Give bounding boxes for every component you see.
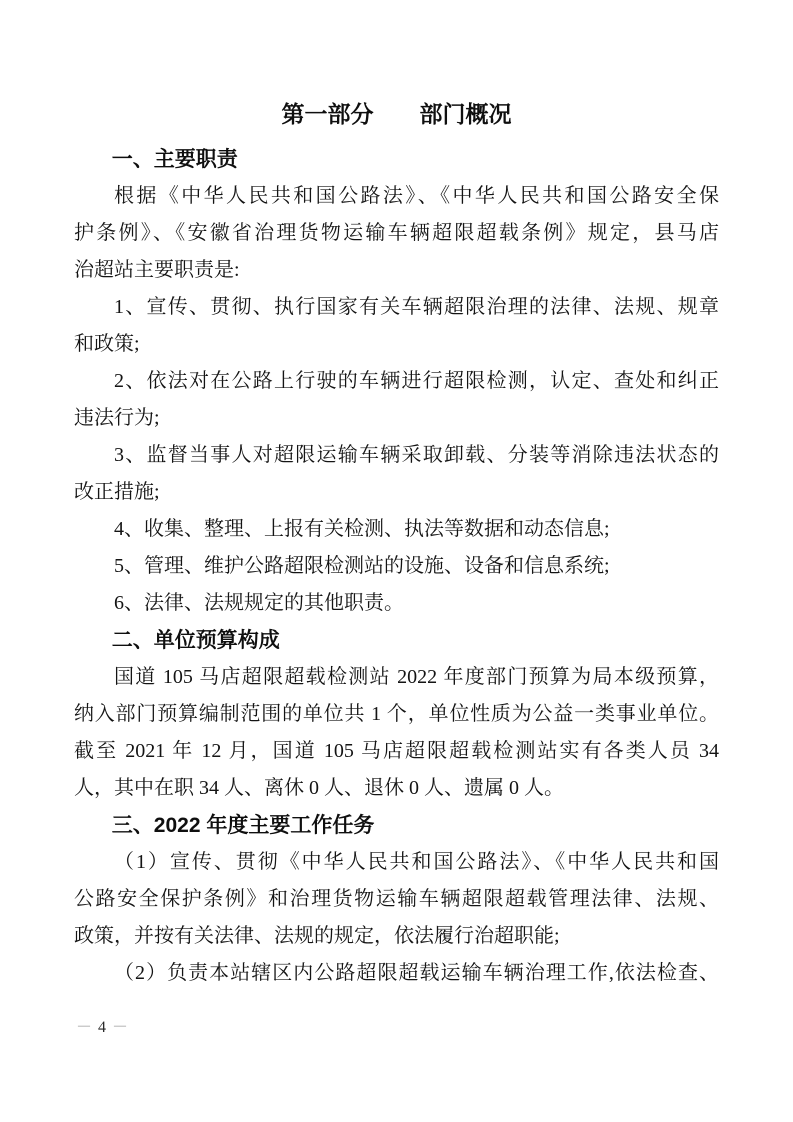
paragraph-duty-4: 4、收集、整理、上报有关检测、执法等数据和动态信息; — [74, 511, 719, 548]
paragraph-duty-1: 1、宣传、贯彻、执行国家有关车辆超限治理的法律、法规、规章和政策; — [74, 289, 719, 363]
text-line: 2、依法对在公路上行驶的车辆进行超限检测，认定、查处和纠正 — [74, 363, 719, 400]
footer-dash-right: － — [112, 1019, 128, 1036]
page-title: 第一部分 部门概况 — [74, 96, 719, 133]
text-line: 治超站主要职责是: — [74, 252, 719, 289]
text-line: 4、收集、整理、上报有关检测、执法等数据和动态信息; — [74, 511, 719, 548]
section-heading-budget-composition: 二、单位预算构成 — [74, 622, 719, 659]
text-line: 1、宣传、贯彻、执行国家有关车辆超限治理的法律、法规、规章 — [74, 289, 719, 326]
text-line: 3、监督当事人对超限运输车辆采取卸载、分装等消除违法状态的 — [74, 437, 719, 474]
paragraph-task-1: （1）宣传、贯彻《中华人民共和国公路法》、《中华人民共和国公路安全保护条例》和治… — [74, 844, 719, 955]
text-line: 6、法律、法规规定的其他职责。 — [74, 585, 719, 622]
text-line: 人，其中在职 34 人、离休 0 人、退休 0 人、遗属 0 人。 — [74, 770, 719, 807]
text-line: （1）宣传、贯彻《中华人民共和国公路法》、《中华人民共和国 — [74, 844, 719, 881]
text-line: 国道 105 马店超限超载检测站 2022 年度部门预算为局本级预算， — [74, 659, 719, 696]
paragraph-duties-intro: 根据《中华人民共和国公路法》、《中华人民共和国公路安全保护条例》、《安徽省治理货… — [74, 178, 719, 289]
section-heading-2022-tasks: 三、2022 年度主要工作任务 — [74, 807, 719, 844]
text-line: 5、管理、维护公路超限检测站的设施、设备和信息系统; — [74, 548, 719, 585]
footer-page-number: 4 — [92, 1019, 112, 1036]
text-line: 公路安全保护条例》和治理货物运输车辆超限超载管理法律、法规、 — [74, 881, 719, 918]
text-line: 护条例》、《安徽省治理货物运输车辆超限超载条例》规定，县马店 — [74, 215, 719, 252]
text-line: （2）负责本站辖区内公路超限超载运输车辆治理工作,依法检查、 — [74, 955, 719, 992]
document-page: 第一部分 部门概况 一、主要职责 根据《中华人民共和国公路法》、《中华人民共和国… — [0, 0, 793, 1122]
section-heading-main-duties: 一、主要职责 — [74, 141, 719, 178]
text-line: 根据《中华人民共和国公路法》、《中华人民共和国公路安全保 — [74, 178, 719, 215]
paragraph-budget-composition: 国道 105 马店超限超载检测站 2022 年度部门预算为局本级预算，纳入部门预… — [74, 659, 719, 807]
text-line: 改正措施; — [74, 474, 719, 511]
paragraph-duty-3: 3、监督当事人对超限运输车辆采取卸载、分装等消除违法状态的改正措施; — [74, 437, 719, 511]
text-line: 违法行为; — [74, 400, 719, 437]
paragraph-duty-2: 2、依法对在公路上行驶的车辆进行超限检测，认定、查处和纠正违法行为; — [74, 363, 719, 437]
paragraph-task-2: （2）负责本站辖区内公路超限超载运输车辆治理工作,依法检查、 — [74, 955, 719, 992]
text-line: 截至 2021 年 12 月，国道 105 马店超限超载检测站实有各类人员 34 — [74, 733, 719, 770]
page-number: －4－ — [76, 1018, 128, 1038]
footer-dash-left: － — [76, 1019, 92, 1036]
paragraph-duty-5: 5、管理、维护公路超限检测站的设施、设备和信息系统; — [74, 548, 719, 585]
text-line: 纳入部门预算编制范围的单位共 1 个，单位性质为公益一类事业单位。 — [74, 696, 719, 733]
text-line: 和政策; — [74, 326, 719, 363]
text-line: 政策，并按有关法律、法规的规定，依法履行治超职能; — [74, 918, 719, 955]
paragraph-duty-6: 6、法律、法规规定的其他职责。 — [74, 585, 719, 622]
